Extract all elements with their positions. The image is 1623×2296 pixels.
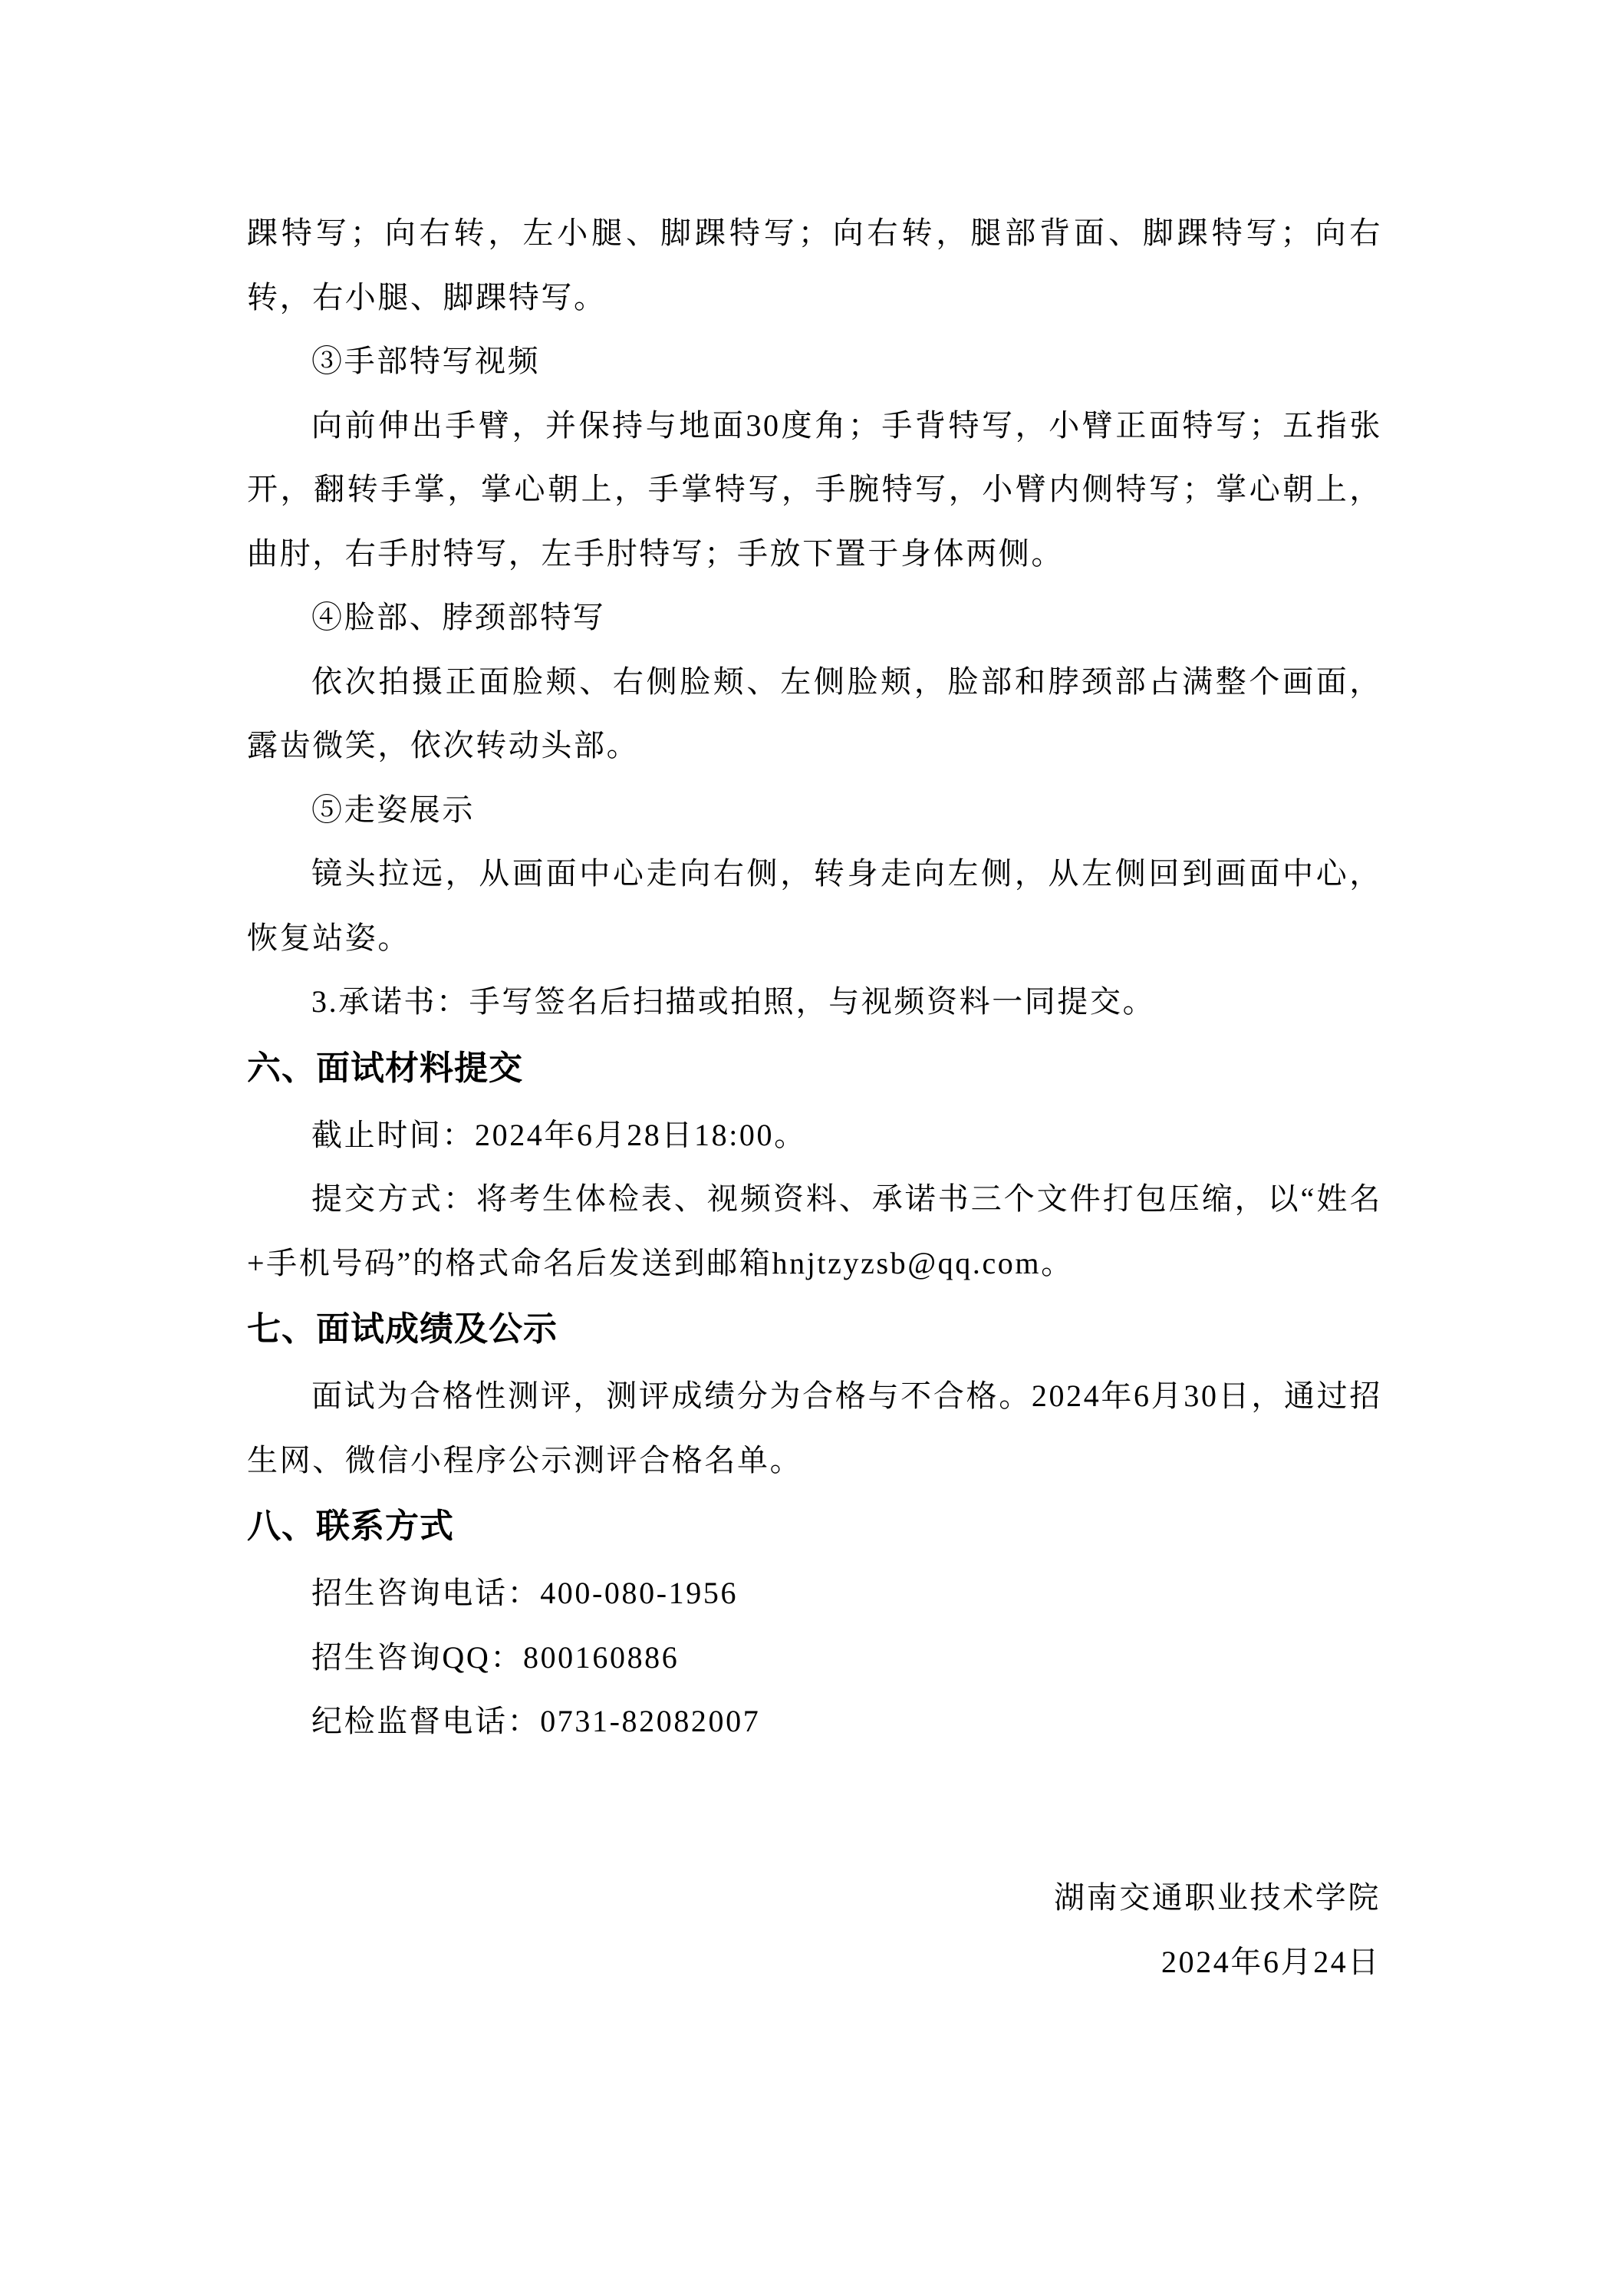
section8-heading: 八、联系方式	[247, 1492, 1382, 1561]
signature-date: 2024年6月24日	[1054, 1930, 1381, 1995]
item3-body: 向前伸出手臂，并保持与地面30度角；手背特写，小臂正面特写；五指张开，翻转手掌，…	[247, 394, 1382, 586]
continuation-paragraph: 踝特写；向右转，左小腿、脚踝特写；向右转，腿部背面、脚踝特写；向右转，右小腿、脚…	[247, 201, 1382, 329]
section7-heading: 七、面试成绩及公示	[247, 1295, 1382, 1364]
contact-supervision: 纪检监督电话：0731-82082007	[247, 1689, 1382, 1754]
contact-phone: 招生咨询电话：400-080-1956	[247, 1561, 1382, 1626]
commitment-paragraph: 3.承诺书：手写签名后扫描或拍照，与视频资料一同提交。	[247, 970, 1382, 1034]
item4-title: ④脸部、脖颈部特写	[247, 585, 1382, 650]
item5-title: ⑤走姿展示	[247, 778, 1382, 842]
item5-body: 镜头拉远，从画面中心走向右侧，转身走向左侧，从左侧回到画面中心，恢复站姿。	[247, 842, 1382, 970]
contact-qq: 招生咨询QQ：800160886	[247, 1626, 1382, 1690]
item4-body: 依次拍摄正面脸颊、右侧脸颊、左侧脸颊，脸部和脖颈部占满整个画面，露齿微笑，依次转…	[247, 650, 1382, 778]
section6-heading: 六、面试材料提交	[247, 1034, 1382, 1103]
results-paragraph: 面试为合格性测评，测评成绩分为合格与不合格。2024年6月30日，通过招生网、微…	[247, 1364, 1382, 1492]
item3-title: ③手部特写视频	[247, 329, 1382, 394]
signature-organization: 湖南交通职业技术学院	[1054, 1866, 1381, 1930]
document-body: 踝特写；向右转，左小腿、脚踝特写；向右转，腿部背面、脚踝特写；向右转，右小腿、脚…	[247, 201, 1382, 1754]
deadline-paragraph: 截止时间：2024年6月28日18:00。	[247, 1103, 1382, 1168]
submission-method-paragraph: 提交方式：将考生体检表、视频资料、承诺书三个文件打包压缩，以“姓名+手机号码”的…	[247, 1167, 1382, 1295]
signature-block: 湖南交通职业技术学院 2024年6月24日	[1054, 1866, 1381, 1994]
